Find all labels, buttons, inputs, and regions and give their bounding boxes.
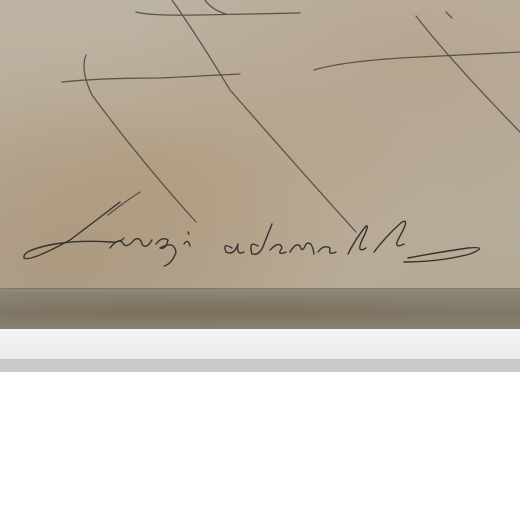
pencil-sketch-lines xyxy=(0,0,520,300)
signature-strokes xyxy=(24,202,480,266)
photograph xyxy=(0,0,520,372)
paper-lower-margin xyxy=(0,291,520,329)
mat-border-white xyxy=(0,329,520,359)
mat-border-grey xyxy=(0,359,520,372)
